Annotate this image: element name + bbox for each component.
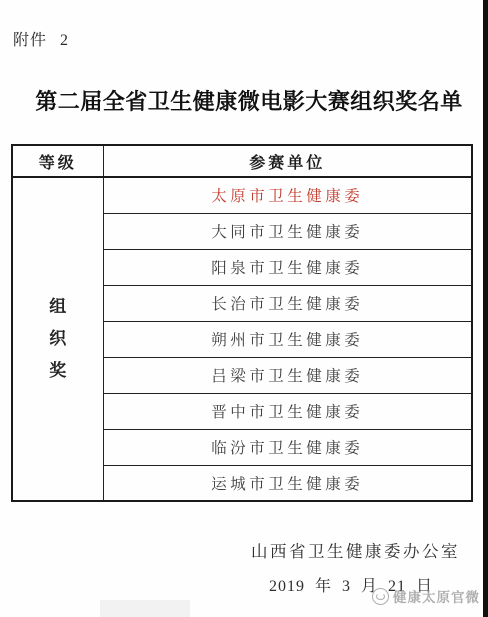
column-header-unit: 参赛单位 — [103, 145, 472, 177]
award-category-cell: 组 织 奖 — [12, 177, 103, 501]
table-header-row: 等级 参赛单位 — [12, 145, 472, 177]
table-row: 组 织 奖 太原市卫生健康委 — [12, 177, 472, 213]
unit-cell: 吕梁市卫生健康委 — [103, 357, 472, 393]
attachment-label: 附件 2 — [13, 27, 69, 50]
watermark-label: 健康太原官微 — [393, 586, 480, 606]
unit-cell: 太原市卫生健康委 — [103, 177, 472, 213]
unit-cell: 临汾市卫生健康委 — [103, 429, 472, 465]
issuer-signature: 山西省卫生健康委办公室 — [0, 538, 460, 562]
watermark: 健康太原官微 — [372, 586, 480, 606]
column-header-level: 等级 — [12, 145, 103, 177]
health-taiyuan-logo-icon — [372, 588, 389, 605]
unit-cell: 大同市卫生健康委 — [103, 213, 472, 249]
unit-cell: 晋中市卫生健康委 — [103, 393, 472, 429]
unit-cell: 朔州市卫生健康委 — [103, 321, 472, 357]
award-category-char: 织 — [13, 323, 103, 355]
unit-cell: 长治市卫生健康委 — [103, 285, 472, 321]
issue-date: 2019 年 3 月 21 日 — [0, 573, 433, 596]
page-title: 第二届全省卫生健康微电影大赛组织奖名单 — [0, 85, 480, 116]
unit-cell: 阳泉市卫生健康委 — [103, 249, 472, 285]
unit-cell: 运城市卫生健康委 — [103, 465, 472, 501]
award-category-char: 组 — [13, 291, 103, 323]
award-category-char: 奖 — [13, 355, 103, 387]
scan-edge-bar — [483, 0, 488, 617]
document-page: 附件 2 第二届全省卫生健康微电影大赛组织奖名单 等级 参赛单位 组 织 奖 太… — [0, 0, 488, 617]
scan-artifact — [100, 600, 190, 617]
award-table: 等级 参赛单位 组 织 奖 太原市卫生健康委 大同市卫生健康委 阳泉市卫生健康委… — [11, 144, 473, 502]
